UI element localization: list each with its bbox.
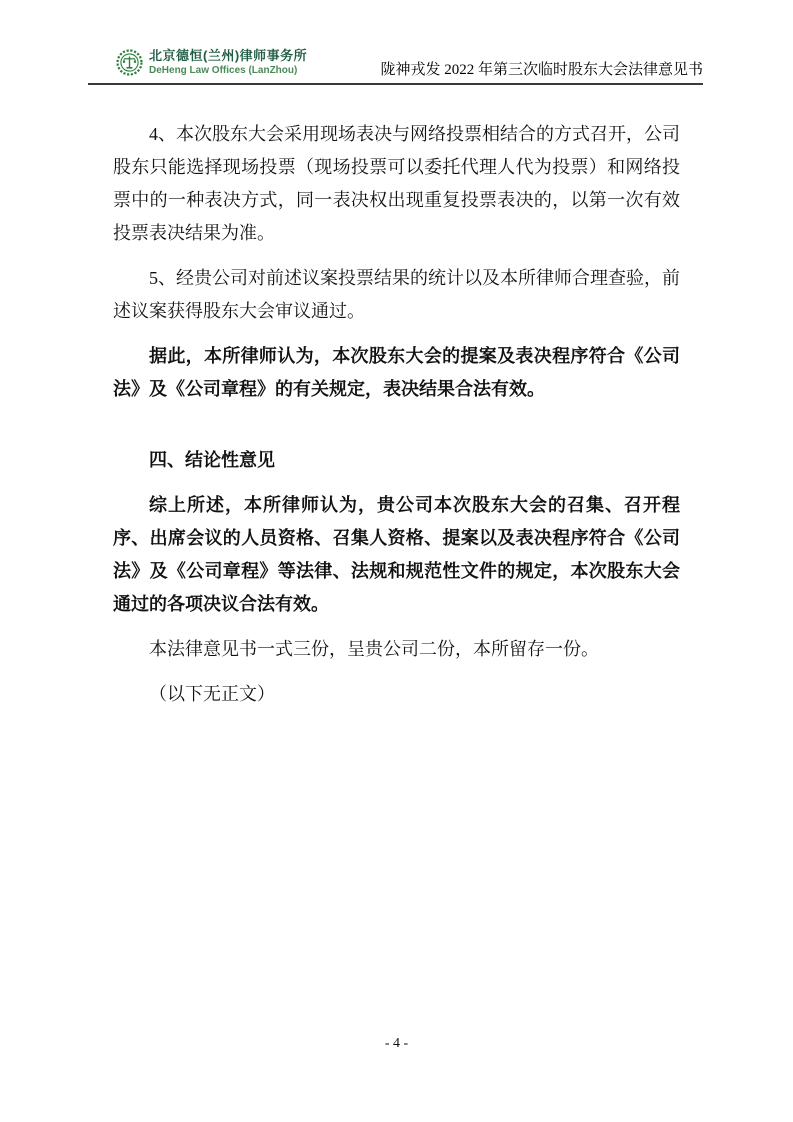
document-page: 北京德恒(兰州)律师事务所 DeHeng Law Offices (LanZho…	[0, 0, 793, 1122]
firm-name-english: DeHeng Law Offices (LanZhou)	[149, 65, 307, 76]
document-body: 4、本次股东大会采用现场表决与网络投票相结合的方式召开，公司股东只能选择现场投票…	[113, 118, 680, 723]
paragraph-copies: 本法律意见书一式三份，呈贵公司二份，本所留存一份。	[113, 633, 680, 666]
firm-names: 北京德恒(兰州)律师事务所 DeHeng Law Offices (LanZho…	[149, 49, 307, 76]
deheng-emblem-icon	[116, 49, 143, 76]
header-divider	[88, 83, 703, 85]
paragraph-voting-method: 4、本次股东大会采用现场表决与网络投票相结合的方式召开，公司股东只能选择现场投票…	[113, 118, 680, 250]
header-firm-block: 北京德恒(兰州)律师事务所 DeHeng Law Offices (LanZho…	[116, 49, 307, 76]
section-heading-conclusion: 四、结论性意见	[113, 444, 680, 477]
paragraph-vote-result: 5、经贵公司对前述议案投票结果的统计以及本所律师合理查验，前述议案获得股东大会审…	[113, 262, 680, 328]
document-title: 陇神戎发 2022 年第三次临时股东大会法律意见书	[380, 58, 703, 79]
page-number: - 4 -	[0, 1036, 793, 1052]
paragraph-end-note: （以下无正文）	[113, 678, 680, 711]
firm-name-chinese: 北京德恒(兰州)律师事务所	[149, 49, 307, 63]
paragraph-basis-conclusion: 据此，本所律师认为，本次股东大会的提案及表决程序符合《公司法》及《公司章程》的有…	[113, 340, 680, 406]
paragraph-final-conclusion: 综上所述，本所律师认为，贵公司本次股东大会的召集、召开程序、出席会议的人员资格、…	[113, 489, 680, 621]
